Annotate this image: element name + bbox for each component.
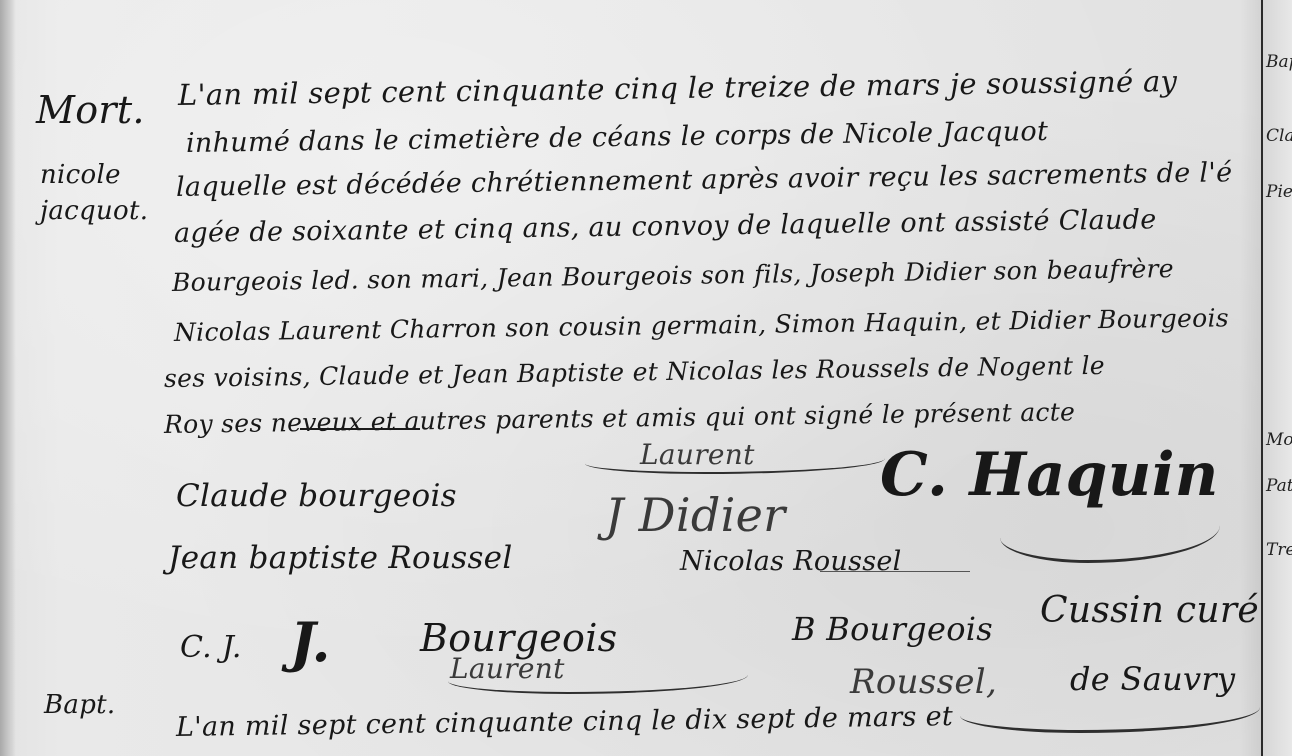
- signature-haquin-flourish: [1000, 500, 1220, 563]
- signature-cj-initials: C. J.: [180, 630, 242, 665]
- entry1-line-4: agée de soixante et cinq ans, au convoy …: [174, 204, 1157, 249]
- page-left-edge: [0, 0, 16, 756]
- signature-nicolas-roussel: Nicolas Roussel: [680, 546, 902, 577]
- facing-page-fragment: Bapt: [1266, 52, 1292, 72]
- signature-claude-bourgeois: Claude bourgeois: [176, 478, 457, 514]
- entry1-line-2: inhumé dans le cimetière de céans le cor…: [186, 116, 1049, 159]
- register-page: Mort. nicole jacquot. Bapt. L'an mil sep…: [0, 0, 1292, 756]
- signature-j-mark: J.: [290, 610, 331, 674]
- facing-page-fragment: Claude: [1266, 126, 1292, 146]
- entry2-line-1: L'an mil sept cent cinquante cinq le dix…: [176, 701, 953, 743]
- facing-page-fragment: Mort: [1266, 430, 1292, 450]
- signature-laurent-2-flourish: [448, 662, 748, 694]
- facing-page-fragment: Patri: [1266, 476, 1292, 496]
- entry1-line-8: Roy ses neveux et autres parents et amis…: [164, 397, 1076, 439]
- margin-note-last-name: jacquot.: [40, 196, 148, 226]
- signature-didier: J Didier: [605, 488, 785, 542]
- signature-underline: [820, 571, 970, 572]
- margin-note-first-name: nicole: [40, 160, 121, 190]
- facing-page-strip: [1263, 0, 1292, 756]
- facing-page-fragment: Tressi: [1266, 540, 1292, 560]
- signature-jean-baptiste-roussel: Jean baptiste Roussel: [168, 540, 513, 576]
- facing-page-fragment: Pierre: [1266, 182, 1292, 202]
- margin-note-baptism: Bapt.: [44, 690, 115, 720]
- signature-cure: Cussin curé: [1040, 590, 1259, 631]
- signature-flourish: [585, 448, 885, 474]
- cure-signature-flourish: [960, 690, 1260, 733]
- entry1-line-3: laquelle est décédée chrétiennement aprè…: [176, 157, 1233, 203]
- signature-b-bourgeois: B Bourgeois: [792, 610, 993, 648]
- entry1-line-7: ses voisins, Claude et Jean Baptiste et …: [164, 351, 1105, 393]
- strike-through-mark: [300, 428, 420, 430]
- entry1-line-5: Bourgeois led. son mari, Jean Bourgeois …: [172, 254, 1174, 297]
- entry1-line-6: Nicolas Laurent Charron son cousin germa…: [174, 303, 1229, 347]
- entry1-line-1: L'an mil sept cent cinquante cinq le tre…: [178, 64, 1178, 112]
- margin-note-death: Mort.: [36, 88, 145, 132]
- page-gutter-line: [1261, 0, 1263, 756]
